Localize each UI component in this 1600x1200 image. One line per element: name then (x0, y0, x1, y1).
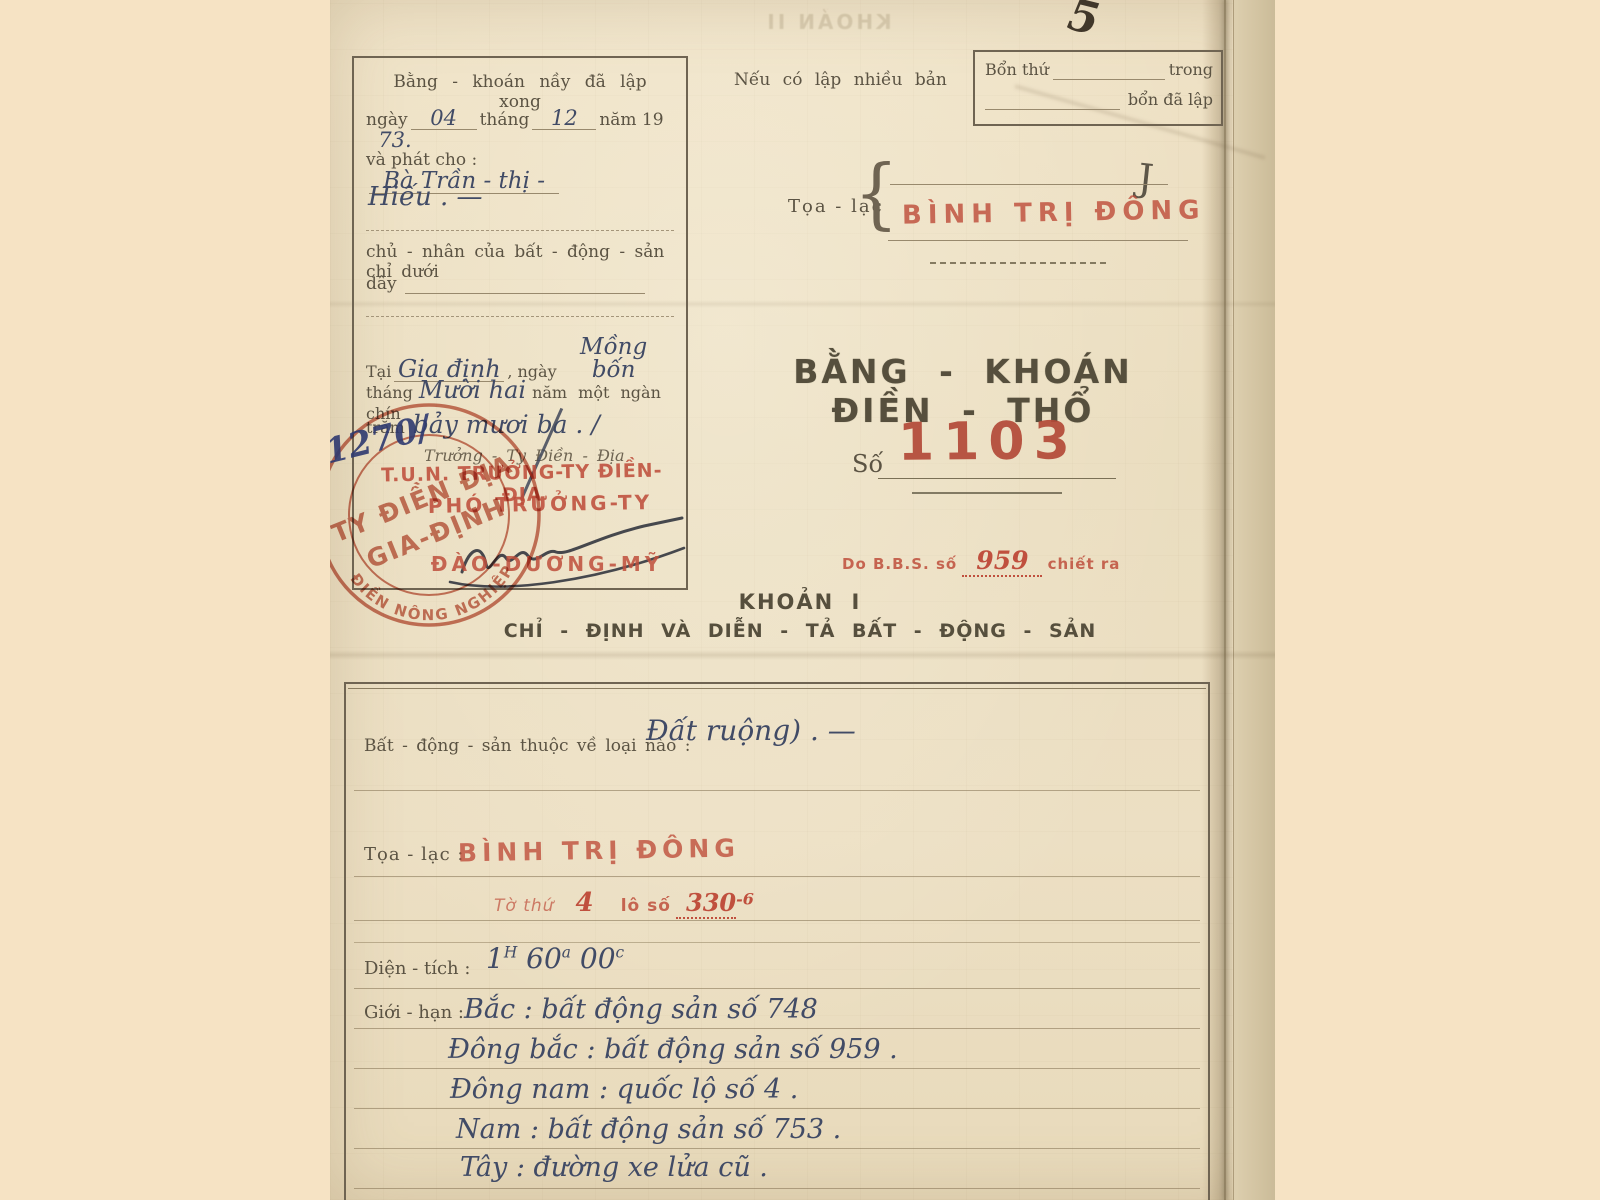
area-value: 1H 60a 00c (486, 942, 624, 975)
boundary-northeast: Đông bắc : bất động sản số 959 . (448, 1034, 898, 1065)
location-brace: { (854, 148, 899, 238)
location-stamp-lower: BÌNH TRỊ ĐÔNG (458, 834, 740, 868)
area-ca-unit: c (616, 944, 625, 962)
property-type-label: Bất - động - sản thuộc về loại nào : (364, 736, 690, 756)
bleed-through-text: KHOẢN II (708, 10, 948, 34)
grantee-value-2: Hiếu . — (368, 182, 483, 212)
bbs-prefix: Do B.B.S. số (842, 555, 957, 573)
property-description-box: Bất - động - sản thuộc về loại nào : Đất… (344, 682, 1210, 1200)
location-blank-line-2 (888, 240, 1188, 241)
day-value: 04 (411, 108, 477, 130)
horizontal-crease (330, 650, 1275, 660)
blank-rule-2 (366, 316, 674, 317)
number-label: Số (852, 450, 883, 478)
area-a: 60 (526, 942, 562, 975)
lot-value-sup: -6 (736, 890, 754, 909)
copy-number-box: Bổn thứ trong bổn đã lập (973, 50, 1223, 126)
number-strike-line (912, 492, 1062, 494)
issuance-line1: Bằng - khoán nầy đã lập xong (366, 72, 674, 112)
owner-blank (405, 272, 645, 294)
property-type-value: Đất ruộng) . — (646, 714, 856, 747)
copy-ordinal-blank (1053, 60, 1165, 80)
boundary-southeast: Đông nam : quốc lộ số 4 . (450, 1074, 798, 1105)
year-label: năm 19 (599, 110, 663, 130)
rule-line (354, 1028, 1200, 1029)
owner-clause-2: dây (366, 272, 674, 294)
month-value: 12 (532, 108, 596, 130)
bbs-line: Do B.B.S. số 959 chiết ra (842, 546, 1120, 575)
of-label: trong (1169, 60, 1213, 79)
rule-line (354, 942, 1200, 943)
rule-line (354, 1148, 1200, 1149)
rule-line (354, 1108, 1200, 1109)
rule-line (354, 790, 1200, 791)
month-label: tháng (480, 110, 530, 130)
rule-line (354, 1068, 1200, 1069)
day-word: dây (366, 274, 397, 294)
sheet-lot-row: Tờ thứ 4 lô số 330-6 (494, 888, 754, 918)
area-a-unit: a (562, 944, 571, 962)
fold-crease-line (1224, 0, 1226, 1200)
copies-made-label: bổn đã lập (1128, 90, 1213, 109)
number-underline (878, 478, 1116, 479)
day-label: ngày (366, 110, 408, 130)
strike-mark-line (930, 262, 1106, 264)
boundary-north: Bắc : bất động sản số 748 (464, 994, 818, 1025)
area-ca: 00 (580, 942, 616, 975)
section-title: KHOẢN I (600, 590, 1000, 614)
location-blank-line-1 (890, 184, 1168, 185)
document-page: KHOẢN II 5 J Bằng - khoán nầy đã lập xon… (330, 0, 1275, 1200)
sheet-value: 4 (560, 888, 616, 918)
rule-line (354, 876, 1200, 877)
deed-number: 1103 (898, 411, 1079, 473)
boundary-south: Nam : bất động sản số 753 . (456, 1114, 841, 1145)
rule-line (354, 988, 1200, 989)
issue-date-line: ngày04tháng12năm 1973. (366, 108, 676, 152)
year-value: 73. (369, 130, 421, 151)
copy-number-row1: Bổn thứ trong (985, 60, 1213, 80)
copies-note: Nếu có lập nhiều bản (734, 70, 947, 90)
ink-j-mark: J (1136, 155, 1156, 200)
sheet-label: Tờ thứ (494, 896, 554, 916)
boundary-west: Tây : đường xe lửa cũ . (460, 1152, 768, 1183)
lot-label: lô số (621, 896, 671, 916)
boundaries-label: Giới - hạn : (364, 1002, 464, 1023)
location-stamp-upper: BÌNH TRỊ ĐÔNG (902, 195, 1206, 230)
torn-edge-strip (1233, 0, 1275, 1200)
bbs-value: 959 (962, 546, 1042, 577)
rule-line (354, 1188, 1200, 1189)
blank-rule (366, 230, 674, 231)
inner-top-rule (348, 688, 1206, 689)
bbs-suffix: chiết ra (1048, 555, 1121, 573)
copies-made-blank (985, 90, 1120, 110)
page-number-ink-mark: 5 (1059, 0, 1108, 45)
grantee-label: và phát cho : (366, 150, 477, 170)
rule-line (354, 920, 1200, 921)
lot-value: 330 (676, 888, 736, 919)
area-label: Diện - tích : (364, 958, 470, 979)
copy-ordinal-label: Bổn thứ (985, 60, 1049, 79)
location-label-lower: Tọa - lạc : (364, 844, 464, 865)
area-ha-unit: H (504, 944, 517, 962)
section-subtitle: CHỈ - ĐỊNH VÀ DIỄN - TẢ BẤT - ĐỘNG - SẢN (440, 620, 1160, 642)
copy-number-row2: bổn đã lập (985, 90, 1213, 110)
area-ha: 1 (486, 942, 504, 975)
